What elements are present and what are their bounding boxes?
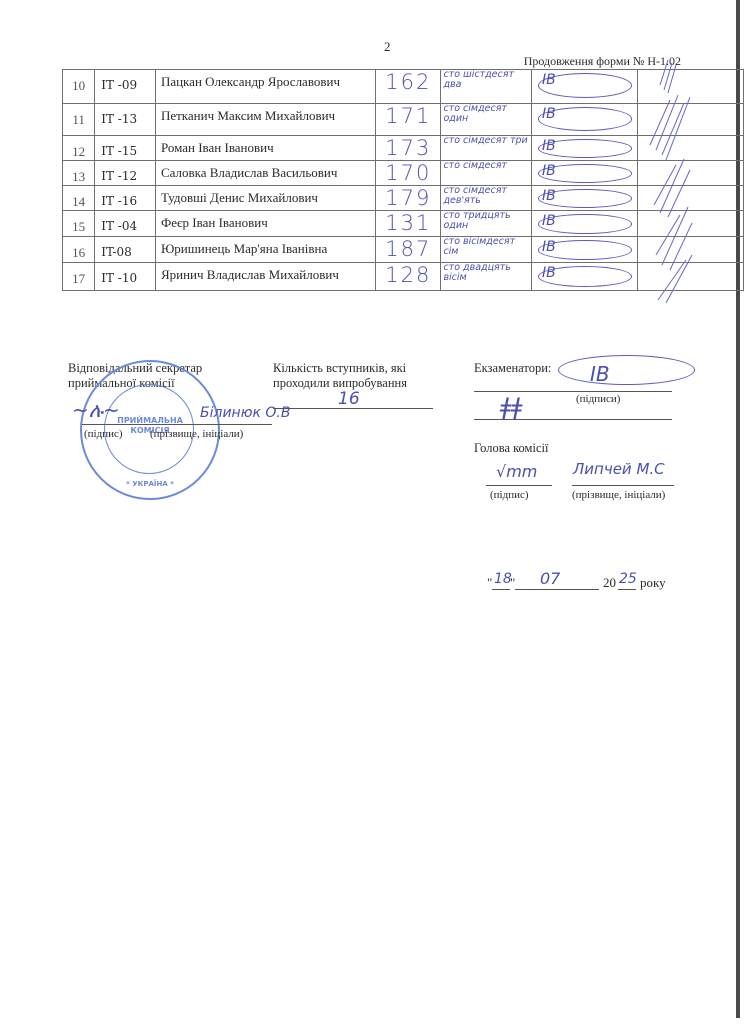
applicant-code: IT -12: [95, 161, 156, 186]
applicant-code: IT -04: [95, 211, 156, 237]
applicant-code: IT-08: [95, 237, 156, 263]
stamp-text-bottom: * УКРАЇНА *: [82, 480, 218, 488]
signature-initials: ІВ: [542, 213, 556, 229]
signature-initials: ІВ: [542, 239, 556, 255]
examiner-signature-cell: ІВ: [532, 104, 638, 136]
row-number: 12: [63, 136, 95, 161]
chair-caption-name: (прізвище, ініціали): [572, 489, 665, 501]
score-digits: 128: [376, 263, 441, 291]
chair-signature: √mm: [496, 462, 537, 481]
row-number: 14: [63, 186, 95, 211]
score-digits: 170: [376, 161, 441, 186]
applicant-name: Саловка Владислав Васильович: [155, 161, 375, 186]
examiner-signature-cell: ІВ: [532, 186, 638, 211]
secretary-sign-line: [82, 424, 272, 425]
examiners-line-1: [474, 391, 672, 392]
chair-name-handwritten: Липчей М.С: [573, 460, 665, 478]
date-year-line: [618, 589, 636, 590]
secretary-caption-name: (прізвище, ініціали): [150, 428, 243, 440]
row-number: 13: [63, 161, 95, 186]
date-year-suffix: 25: [619, 571, 637, 587]
score-words: сто вісімдесят сім: [441, 237, 532, 263]
examiner-signature-cell: ІВ: [532, 70, 638, 104]
signature-initials: ІВ: [542, 163, 556, 179]
applicant-code: IT -15: [95, 136, 156, 161]
signature-initials: ІВ: [542, 72, 556, 88]
score-digits: 171: [376, 104, 441, 136]
participants-label-1: Кількість вступників, які: [273, 361, 406, 376]
participants-count: 16: [338, 389, 360, 409]
score-words: сто тридцять один: [441, 211, 532, 237]
score-words: сто шістдесят два: [441, 70, 532, 104]
applicant-name: Феєр Іван Іванович: [155, 211, 375, 237]
applicant-code: IT -10: [95, 263, 156, 291]
score-digits: 173: [376, 136, 441, 161]
applicant-code: IT -16: [95, 186, 156, 211]
examiners-line-2: [474, 419, 672, 420]
signature-initials: ІВ: [542, 138, 556, 154]
applicant-name: Тудовші Денис Михайлович: [155, 186, 375, 211]
row-number: 15: [63, 211, 95, 237]
row-number: 16: [63, 237, 95, 263]
applicant-name: Петканич Максим Михайлович: [155, 104, 375, 136]
date-month: 07: [540, 569, 560, 588]
examiners-caption: (підписи): [576, 393, 620, 405]
examiner-signature-cell: ІВ: [532, 263, 638, 291]
signature-initials: ІВ: [542, 188, 556, 204]
secretary-caption-sign: (підпис): [84, 428, 123, 440]
examiner-signature-cell: ІВ: [532, 161, 638, 186]
participants-line: [273, 408, 433, 409]
applicant-name: Пацкан Олександр Ярославович: [155, 70, 375, 104]
signature-initials: ІВ: [542, 106, 556, 122]
row-number: 10: [63, 70, 95, 104]
date-day-line: [492, 589, 510, 590]
score-words: сто сімдесят три: [441, 136, 532, 161]
page-number: 2: [384, 39, 391, 55]
signature-initials: ІВ: [542, 265, 556, 281]
examiners-label: Екзаменатори:: [474, 361, 551, 376]
examiner-signature-cell: ІВ: [532, 136, 638, 161]
chair-caption-sign: (підпис): [490, 489, 529, 501]
examiner-signature-loop: [558, 355, 695, 385]
applicant-code: IT -13: [95, 104, 156, 136]
chair-sign-line: [486, 485, 552, 486]
score-digits: 187: [376, 237, 441, 263]
applicant-name: Роман Іван Іванович: [155, 136, 375, 161]
applicant-name: Юришинець Мар'яна Іванівна: [155, 237, 375, 263]
score-words: сто сімдесят: [441, 161, 532, 186]
date-suffix: року: [640, 575, 666, 590]
date-open-quote: ": [487, 575, 492, 590]
row-number: 17: [63, 263, 95, 291]
score-digits: 131: [376, 211, 441, 237]
date-month-line: [515, 589, 599, 590]
applicant-code: IT -09: [95, 70, 156, 104]
score-words: сто двадцять вісім: [441, 263, 532, 291]
chair-name-line: [572, 485, 674, 486]
score-words: сто сімдесят дев'ять: [441, 186, 532, 211]
applicant-name: Яринич Владислав Михайлович: [155, 263, 375, 291]
score-words: сто сімдесят один: [441, 104, 532, 136]
handwritten-signatures-column: [640, 55, 710, 305]
date-close-quote: ": [510, 575, 515, 590]
row-number: 11: [63, 104, 95, 136]
examiner-signature-cell: ІВ: [532, 237, 638, 263]
chair-label: Голова комісії: [474, 441, 548, 456]
score-digits: 179: [376, 186, 441, 211]
score-digits: 162: [376, 70, 441, 104]
date-year-prefix: 20: [603, 575, 616, 590]
examiner-signature-cell: ІВ: [532, 211, 638, 237]
secretary-signature: ~ሉ~: [72, 398, 120, 422]
examiner-signature-2: ǂǂ: [500, 393, 522, 421]
